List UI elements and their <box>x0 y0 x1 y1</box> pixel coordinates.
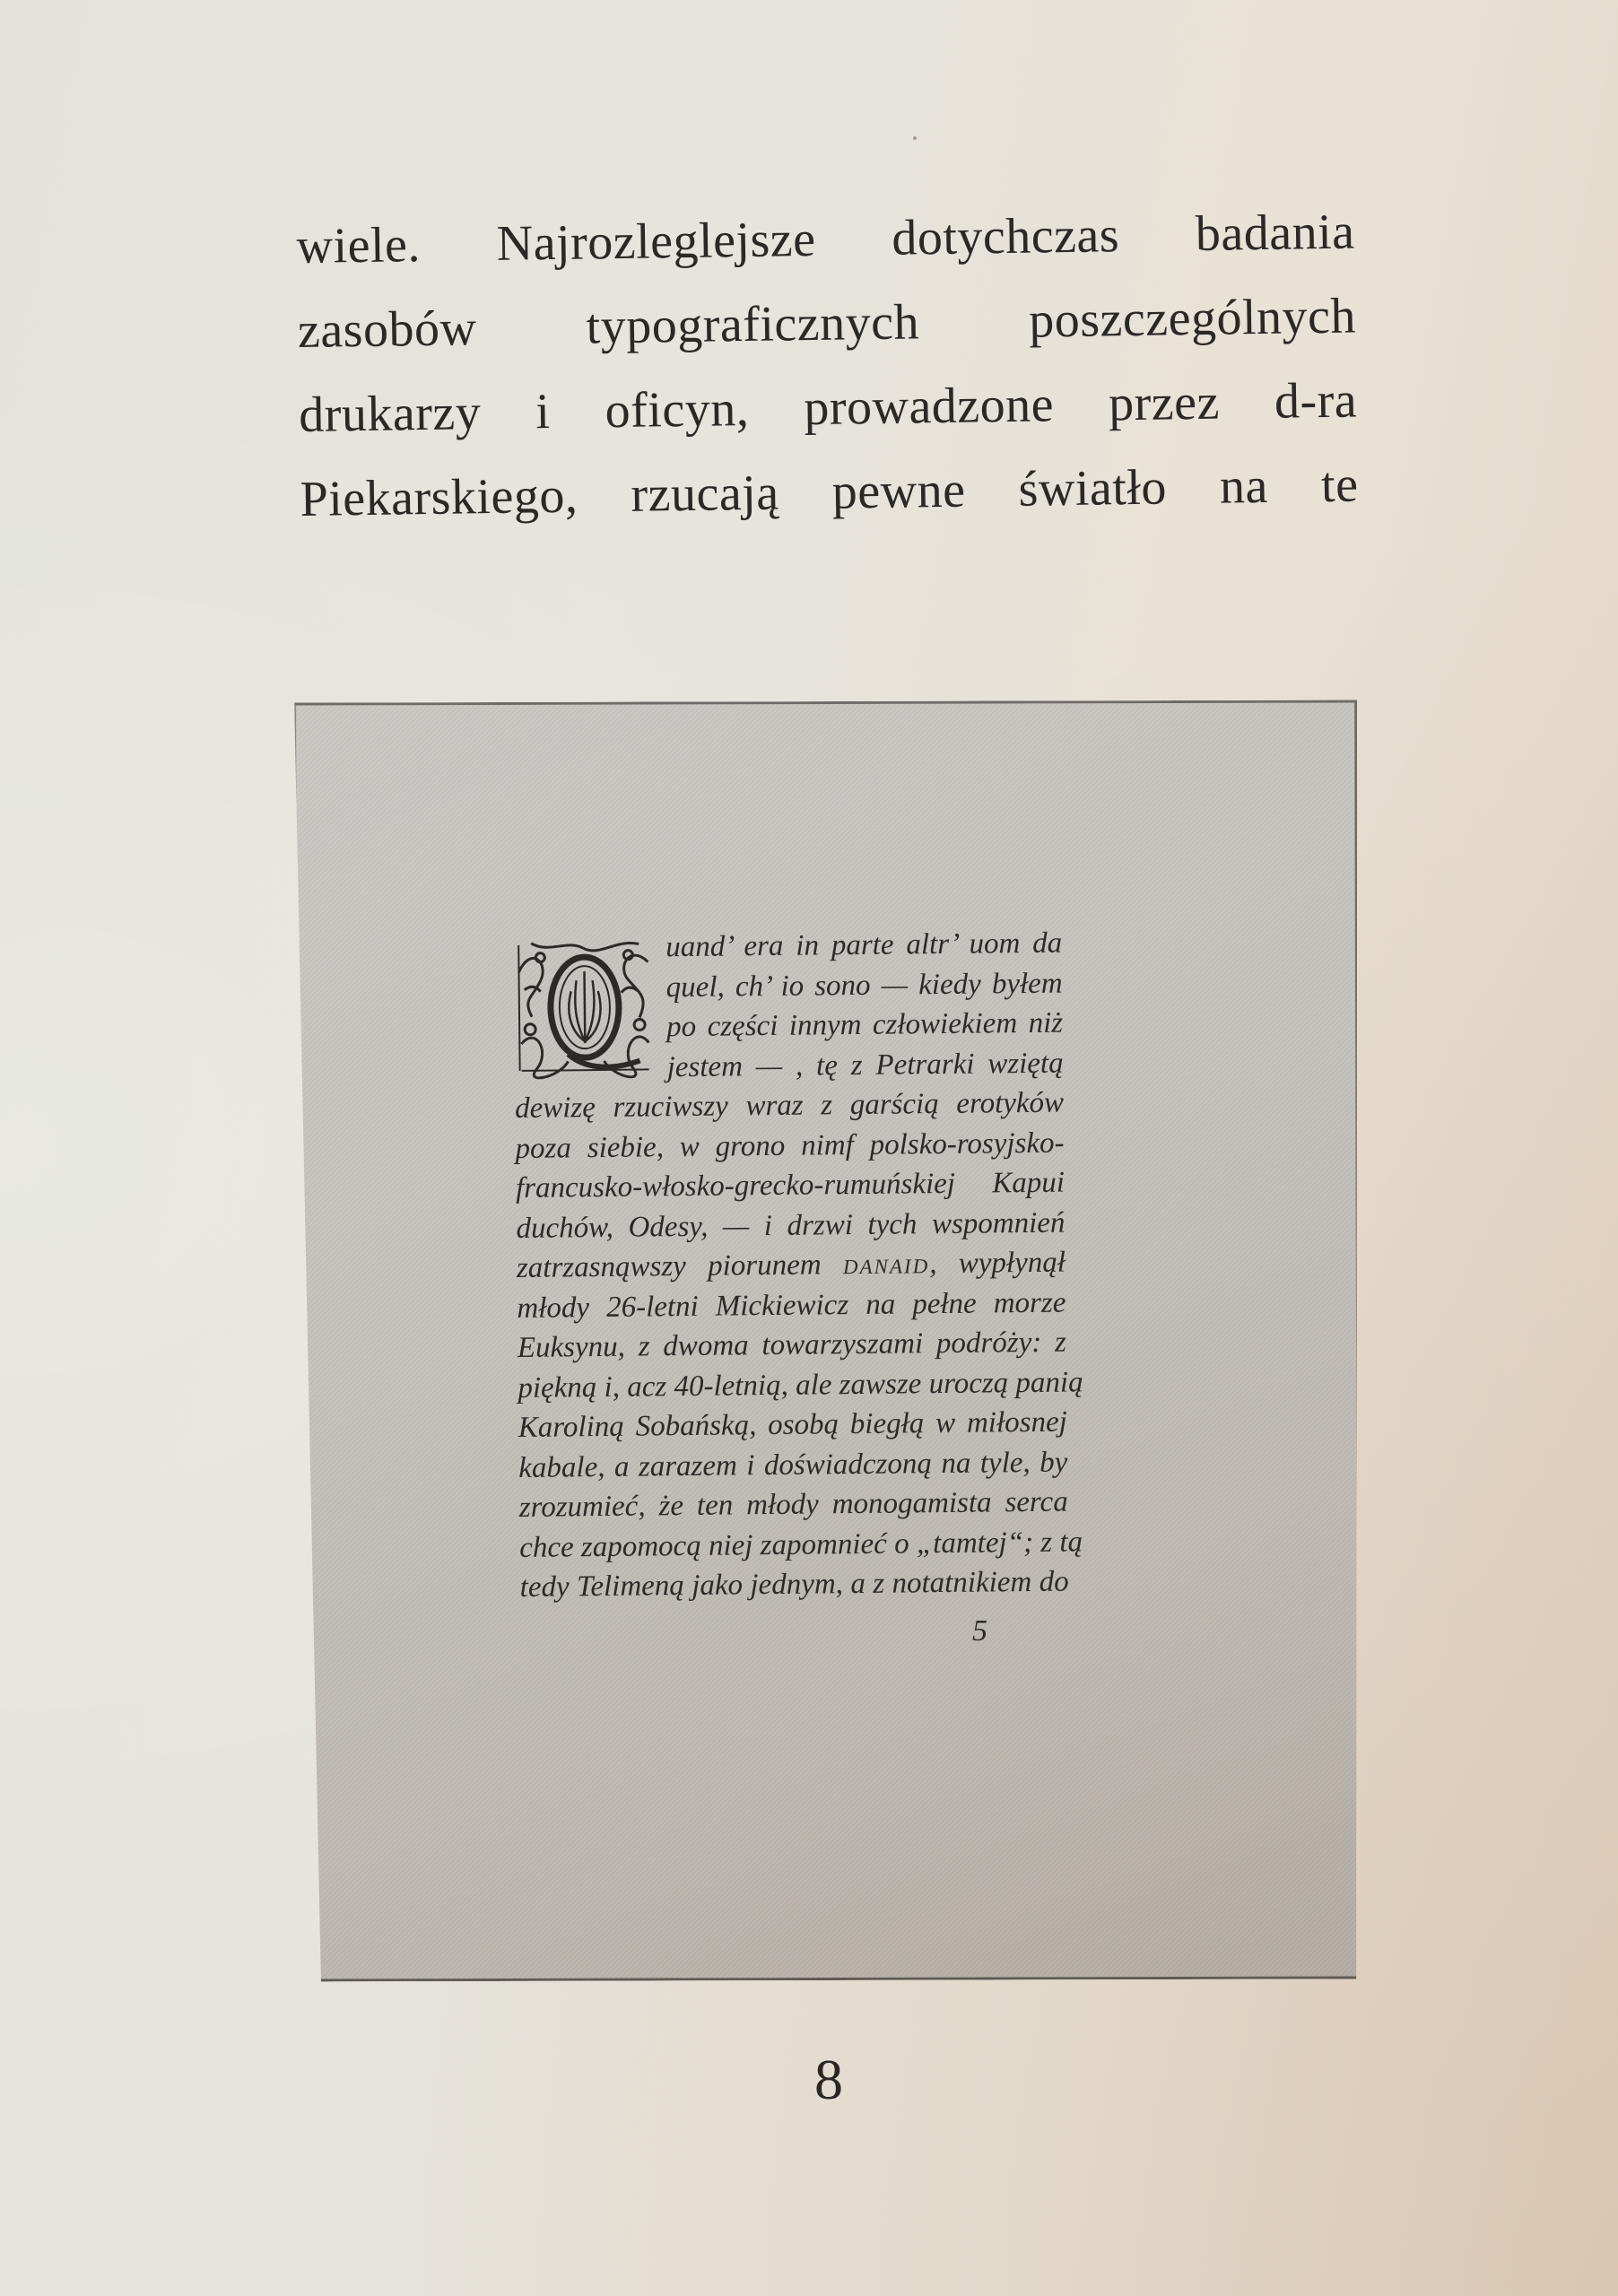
plate-line-17: tedy Telimeną jako jednym, a z notatniki… <box>519 1562 1068 1608</box>
facsimile-page-number: 5 <box>972 1614 987 1648</box>
paper-speck <box>913 136 917 140</box>
plate-line-8: duchów, Odesy, — i drzwi tych wspomnień <box>516 1203 1065 1248</box>
plate-line-11: Euksynu, z dwoma towarzyszami podróży: z <box>518 1323 1066 1369</box>
body-line-2: zasobów typograficznych poszczególnych <box>297 274 1356 373</box>
plate-line-6: poza siebie, w grono nimf polsko-rosyjsk… <box>515 1123 1064 1169</box>
plate-line-16: chce zapomocą niej zapomnieć o „tamtej“;… <box>519 1522 1068 1568</box>
plate-line-5: dewizę rzuciwszy wraz z garścią erotyków <box>515 1083 1064 1129</box>
plate-line-2: quel, ch’ io sono — kiedy byłem <box>665 963 1062 1007</box>
plate-line-4: jestem — , tę z Petrarki wziętą <box>666 1043 1063 1087</box>
plate-line-12: piękną i, acz 40-letnią, ale zawsze uroc… <box>518 1362 1066 1408</box>
body-line-1: wiele. Najrozleglejsze dotychczas badani… <box>296 190 1355 289</box>
plate-line-9-after: , wypłynął <box>929 1247 1066 1281</box>
danaid-smallcaps: danaid <box>843 1248 930 1281</box>
plate-line-10: młody 26-letni Mickiewicz na pełne morze <box>517 1283 1066 1328</box>
plate-line-9-before: zatrzasnąwszy piorunem <box>517 1248 843 1284</box>
ornamental-initial-q-icon <box>513 935 657 1080</box>
body-paragraph: wiele. Najrozleglejsze dotychczas badani… <box>296 190 1359 542</box>
facsimile-text-block: uand’ era in parte altr’ uom da quel, ch… <box>513 924 1069 1608</box>
body-line-3: drukarzy i oficyn, prowadzone przez d-ra <box>299 359 1358 457</box>
plate-line-13: Karoliną Sobańską, osobą biegłą w miłosn… <box>518 1403 1067 1448</box>
plate-line-14: kabale, a zarazem i doświadczoną na tyle… <box>518 1442 1067 1488</box>
plate-line-9: zatrzasnąwszy piorunem danaid, wypłynął <box>517 1243 1066 1289</box>
body-line-4: Piekarskiego, rzucają pewne światło na t… <box>300 442 1359 541</box>
plate-line-3: po części innym człowiekiem niż <box>666 1004 1063 1048</box>
page-number: 8 <box>814 2047 843 2113</box>
plate-line-15: zrozumieć, że ten młody monogamista serc… <box>519 1483 1068 1528</box>
plate-line-7: francusko-włosko-grecko-rumuńskiej Kapui <box>516 1163 1065 1209</box>
plate-line-1: uand’ era in parte altr’ uom da <box>665 924 1062 968</box>
